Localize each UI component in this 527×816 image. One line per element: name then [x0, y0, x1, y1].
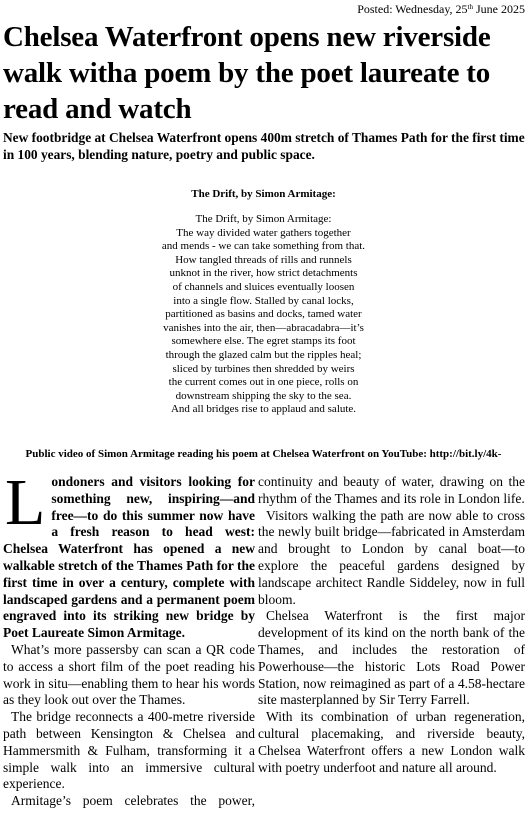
poem-line: downstream shipping the sky to the sea. [0, 390, 527, 404]
article-paragraph: continuity and beauty of water, drawing … [258, 474, 525, 508]
article-paragraph: Visitors walking the path are now able t… [258, 508, 525, 609]
article-paragraph: What’s more passersby can scan a QR code… [3, 642, 255, 709]
poem-line: The Drift, by Simon Armitage: [0, 213, 527, 227]
article-paragraph-text: Armitage’s poem celebrates the power, [11, 793, 255, 808]
article-column-left: Londoners and visitors looking for somet… [3, 474, 255, 810]
poem-line: into a single flow. Stalled by canal loc… [0, 295, 527, 309]
poem-line: sliced by turbines then shredded by weir… [0, 363, 527, 377]
poem-line: through the glazed calm but the ripples … [0, 349, 527, 363]
lead-paragraph: Londoners and visitors looking for somet… [3, 474, 255, 642]
poem-line: unknot in the river, how strict detachme… [0, 267, 527, 281]
poem-line: The way divided water gathers together [0, 227, 527, 241]
poem-line: partitioned as basins and docks, tamed w… [0, 308, 527, 322]
poem-line: vanishes into the air, then—abracadabra—… [0, 322, 527, 336]
poem-block: The Drift, by Simon Armitage: The way di… [0, 213, 527, 417]
poem-line: the current comes out in one piece, roll… [0, 376, 527, 390]
poem-line: And all bridges rise to applaud and salu… [0, 403, 527, 417]
article-paragraph: Armitage’s poem celebrates the power, [3, 793, 255, 810]
poem-line: of channels and sluices eventually loose… [0, 281, 527, 295]
article-paragraph: Chelsea Waterfront is the first major de… [258, 608, 525, 709]
poem-title: The Drift, by Simon Armitage: [0, 187, 527, 201]
drop-cap: L [5, 478, 45, 528]
article-column-right: continuity and beauty of water, drawing … [258, 474, 525, 776]
poem-line: and mends - we can take something from t… [0, 240, 527, 254]
poem-line: How tangled threads of rills and runnels [0, 254, 527, 268]
posted-date-suffix: June 2025 [473, 2, 525, 16]
poem-line: somewhere else. The egret stamps its foo… [0, 335, 527, 349]
article-paragraph: With its combination of urban regenerati… [258, 709, 525, 776]
posted-date: Posted: Wednesday, 25th June 2025 [357, 0, 525, 16]
headline: Chelsea Waterfront opens new riverside w… [3, 19, 523, 127]
standfirst: New footbridge at Chelsea Waterfront ope… [3, 129, 525, 163]
posted-date-prefix: Posted: Wednesday, 25 [357, 2, 467, 16]
video-link-note[interactable]: Public video of Simon Armitage reading h… [0, 447, 527, 461]
article-paragraph: The bridge reconnects a 400-metre rivers… [3, 709, 255, 793]
